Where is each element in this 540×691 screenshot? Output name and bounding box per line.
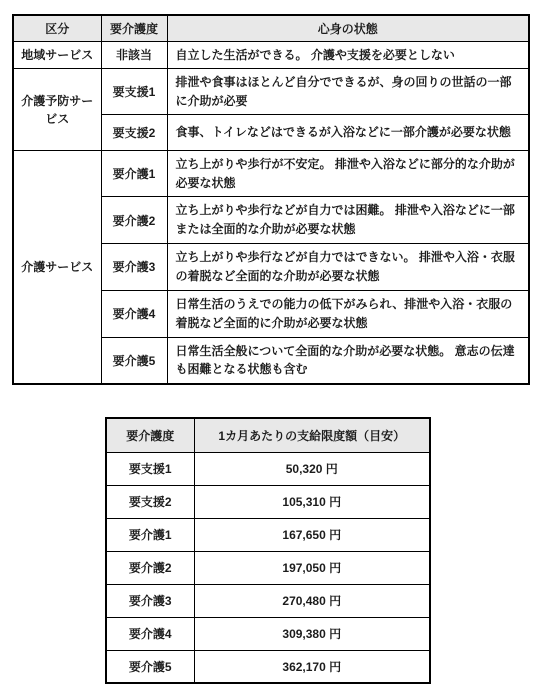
table-header-row: 区分 要介護度 心身の状態	[13, 15, 529, 41]
amount-cell: 362,170 円	[194, 650, 430, 683]
header-category: 区分	[13, 15, 101, 41]
level-cell: 要介護2	[106, 551, 194, 584]
table-row: 要支援2 105,310 円	[106, 485, 430, 518]
level-cell: 要介護4	[101, 290, 167, 337]
level-cell: 要支援2	[101, 115, 167, 151]
level-cell: 要支援2	[106, 485, 194, 518]
level-cell: 要介護1	[101, 151, 167, 197]
state-cell: 立ち上がりや歩行などが自力ではできない。 排泄や入浴・衣服の着脱など全面的な介助…	[167, 243, 529, 290]
state-cell: 自立した生活ができる。 介護や支援を必要としない	[167, 41, 529, 69]
table-row: 地域サービス 非該当 自立した生活ができる。 介護や支援を必要としない	[13, 41, 529, 69]
state-cell: 立ち上がりや歩行が不安定。 排泄や入浴などに部分的な介助が必要な状態	[167, 151, 529, 197]
table-header-row: 要介護度 1カ月あたりの支給限度額（目安）	[106, 418, 430, 452]
level-cell: 要介護2	[101, 197, 167, 243]
document-page: 区分 要介護度 心身の状態 地域サービス 非該当 自立した生活ができる。 介護や…	[0, 0, 540, 691]
level-cell: 要介護4	[106, 617, 194, 650]
table-row: 要介護5 362,170 円	[106, 650, 430, 683]
table-row: 介護予防サービス 要支援1 排泄や食事はほとんど自分でできるが、身の回りの世話の…	[13, 69, 529, 115]
table-row: 要介護3 270,480 円	[106, 584, 430, 617]
header-care-level: 要介護度	[106, 418, 194, 452]
table-row: 要介護2 197,050 円	[106, 551, 430, 584]
amount-cell: 50,320 円	[194, 452, 430, 485]
category-cell-prevention-service: 介護予防サービス	[13, 69, 101, 151]
category-cell-care-service: 介護サービス	[13, 151, 101, 384]
state-cell: 排泄や食事はほとんど自分でできるが、身の回りの世話の一部に介助が必要	[167, 69, 529, 115]
header-care-level: 要介護度	[101, 15, 167, 41]
level-cell: 非該当	[101, 41, 167, 69]
care-classification-table: 区分 要介護度 心身の状態 地域サービス 非該当 自立した生活ができる。 介護や…	[12, 14, 530, 385]
level-cell: 要介護3	[106, 584, 194, 617]
level-cell: 要支援1	[106, 452, 194, 485]
level-cell: 要介護5	[101, 337, 167, 384]
amount-cell: 309,380 円	[194, 617, 430, 650]
table-row: 介護サービス 要介護1 立ち上がりや歩行が不安定。 排泄や入浴などに部分的な介助…	[13, 151, 529, 197]
amount-cell: 270,480 円	[194, 584, 430, 617]
state-cell: 日常生活のうえでの能力の低下がみられ、排泄や入浴・衣服の着脱など全面的に介助が必…	[167, 290, 529, 337]
amount-cell: 197,050 円	[194, 551, 430, 584]
table-row: 要支援1 50,320 円	[106, 452, 430, 485]
amount-cell: 105,310 円	[194, 485, 430, 518]
amount-cell: 167,650 円	[194, 518, 430, 551]
state-cell: 食事、トイレなどはできるが入浴などに一部介護が必要な状態	[167, 115, 529, 151]
level-cell: 要介護5	[106, 650, 194, 683]
table-row: 要介護1 167,650 円	[106, 518, 430, 551]
level-cell: 要介護3	[101, 243, 167, 290]
state-cell: 日常生活全般について全面的な介助が必要な状態。 意志の伝達も困難となる状態も含む	[167, 337, 529, 384]
level-cell: 要支援1	[101, 69, 167, 115]
table-row: 要介護4 309,380 円	[106, 617, 430, 650]
category-cell-community-service: 地域サービス	[13, 41, 101, 69]
state-cell: 立ち上がりや歩行などが自力では困難。 排泄や入浴などに一部または全面的な介助が必…	[167, 197, 529, 243]
level-cell: 要介護1	[106, 518, 194, 551]
header-state: 心身の状態	[167, 15, 529, 41]
header-monthly-limit: 1カ月あたりの支給限度額（目安）	[194, 418, 430, 452]
benefit-limit-table: 要介護度 1カ月あたりの支給限度額（目安） 要支援1 50,320 円 要支援2…	[105, 417, 431, 684]
